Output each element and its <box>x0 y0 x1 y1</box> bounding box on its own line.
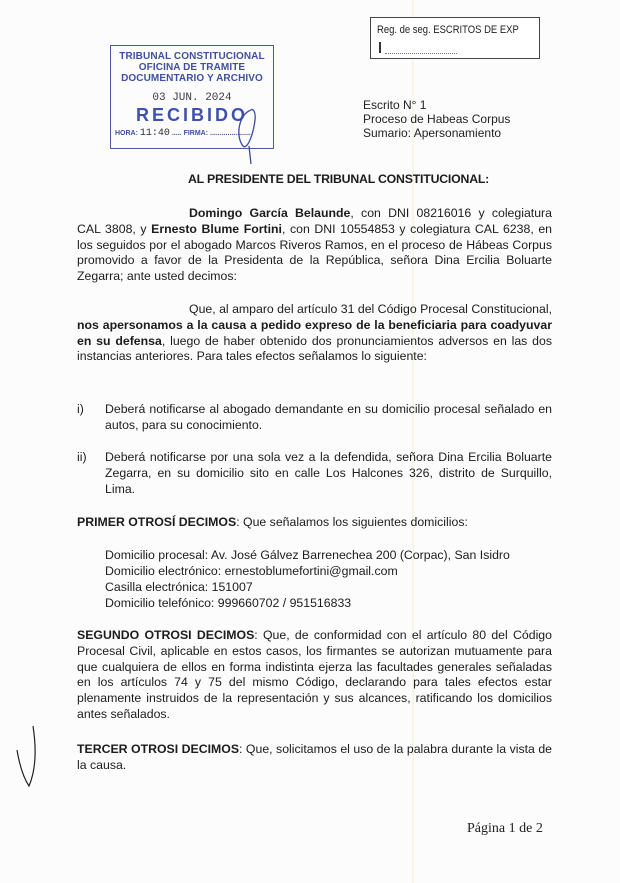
address-telefono: Domicilio telefónico: 999660702 / 951516… <box>105 595 510 611</box>
stamp-line: TRIBUNAL CONSTITUCIONAL <box>111 51 273 62</box>
petitioner-2: Ernesto Blume Fortini <box>151 222 282 236</box>
stamp-line: DOCUMENTARIO Y ARCHIVO <box>111 73 273 84</box>
proceso-type: Proceso de Habeas Corpus <box>363 112 510 126</box>
stamp-date: 03 JUN. 2024 <box>111 92 273 104</box>
stamp-hora-value: 11:40 <box>140 128 170 139</box>
margin-signature-icon <box>15 722 45 792</box>
registry-box: Reg. de seg. ESCRITOS DE EXP <box>370 17 540 59</box>
addressee-heading: AL PRESIDENTE DEL TRIBUNAL CONSTITUCIONA… <box>188 172 489 186</box>
document-meta: Escrito N° 1 Proceso de Habeas Corpus Su… <box>363 98 510 140</box>
reception-stamp: TRIBUNAL CONSTITUCIONAL OFICINA DE TRAMI… <box>110 45 274 149</box>
registry-text: Reg. de seg. ESCRITOS DE EXP <box>377 24 519 36</box>
document-page: TRIBUNAL CONSTITUCIONAL OFICINA DE TRAMI… <box>0 0 620 883</box>
segundo-otrosi: SEGUNDO OTROSI DECIMOS: Que, de conformi… <box>77 628 552 723</box>
body-paragraph: Que, al amparo del artículo 31 del Códig… <box>77 302 552 365</box>
stamp-line: OFICINA DE TRAMITE <box>111 62 273 73</box>
address-casilla: Casilla electrónica: 151007 <box>105 579 510 595</box>
address-procesal: Domicilio procesal: Av. José Gálvez Barr… <box>105 547 510 563</box>
petitioner-1: Domingo García Belaunde <box>189 206 350 220</box>
escrito-number: Escrito N° 1 <box>363 98 510 112</box>
address-electronico: Domicilio electrónico: ernestoblumeforti… <box>105 563 510 579</box>
primer-otrosi: PRIMER OTROSÍ DECIMOS: Que señalamos los… <box>77 515 552 531</box>
tercer-otrosi: TERCER OTROSI DECIMOS: Que, solicitamos … <box>77 742 552 774</box>
page-number: Página 1 de 2 <box>467 821 543 837</box>
list-item: ii) Deberá notificarse por una sola vez … <box>77 450 552 497</box>
sumario: Sumario: Apersonamiento <box>363 126 510 140</box>
address-list: Domicilio procesal: Av. José Gálvez Barr… <box>105 547 510 611</box>
intro-paragraph: Domingo García Belaunde, con DNI 0821601… <box>77 206 552 285</box>
stamp-signature-icon <box>229 106 269 166</box>
list-item: i) Deberá notificarse al abogado demanda… <box>77 402 552 434</box>
